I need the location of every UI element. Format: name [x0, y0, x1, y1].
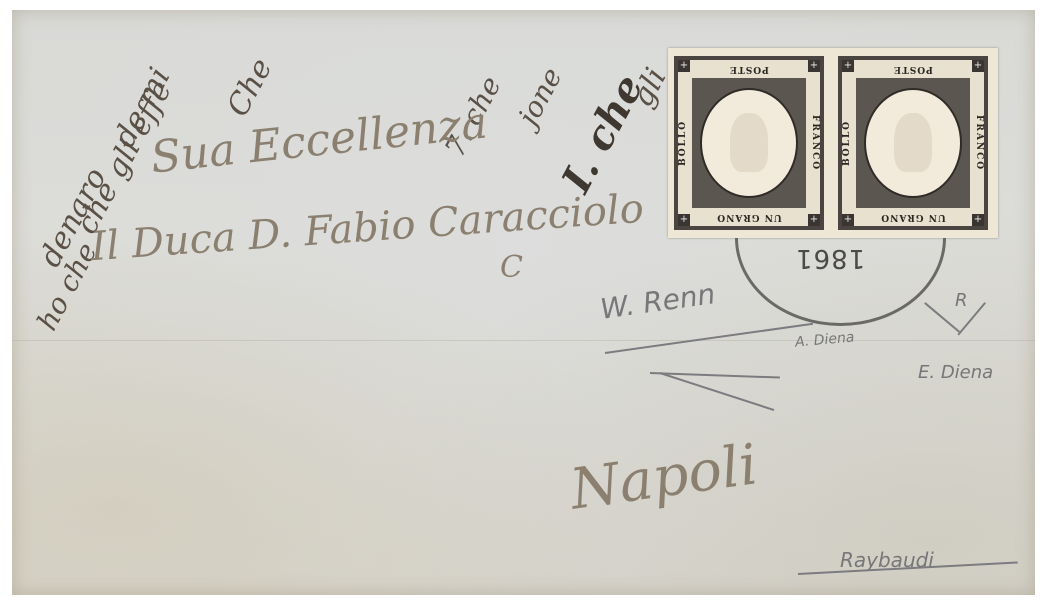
cross-icon: +: [972, 214, 984, 226]
stamp-label: POSTE: [858, 62, 968, 76]
cross-icon: +: [678, 214, 690, 226]
cross-icon: +: [972, 60, 984, 72]
stamp-label: FRANCO: [806, 80, 820, 206]
cross-icon: +: [842, 60, 854, 72]
cross-icon: +: [678, 60, 690, 72]
cross-icon: +: [842, 214, 854, 226]
portrait-icon: [730, 113, 768, 171]
stamp-2: UN GRANO POSTE BOLLO FRANCO + + + +: [838, 56, 988, 230]
stamp-value: UN GRANO: [858, 210, 968, 224]
pencil-mark: R: [955, 290, 968, 311]
postmark-year: 1861: [795, 243, 865, 273]
portrait-icon: [894, 113, 932, 171]
stamp-pair: UN GRANO POSTE BOLLO FRANCO + + + + UN G…: [668, 48, 998, 238]
stamp-label: FRANCO: [970, 80, 984, 206]
stamp-label: BOLLO: [842, 80, 856, 206]
pencil-signature: E. Diena: [918, 362, 993, 383]
stamp-1: UN GRANO POSTE BOLLO FRANCO + + + +: [674, 56, 824, 230]
fold-line: [12, 340, 1035, 341]
stamp-value: UN GRANO: [694, 210, 804, 224]
stamp-label: BOLLO: [678, 80, 692, 206]
stamp-label: POSTE: [694, 62, 804, 76]
cross-icon: +: [808, 214, 820, 226]
cross-icon: +: [808, 60, 820, 72]
address-line-3: C: [500, 250, 523, 285]
